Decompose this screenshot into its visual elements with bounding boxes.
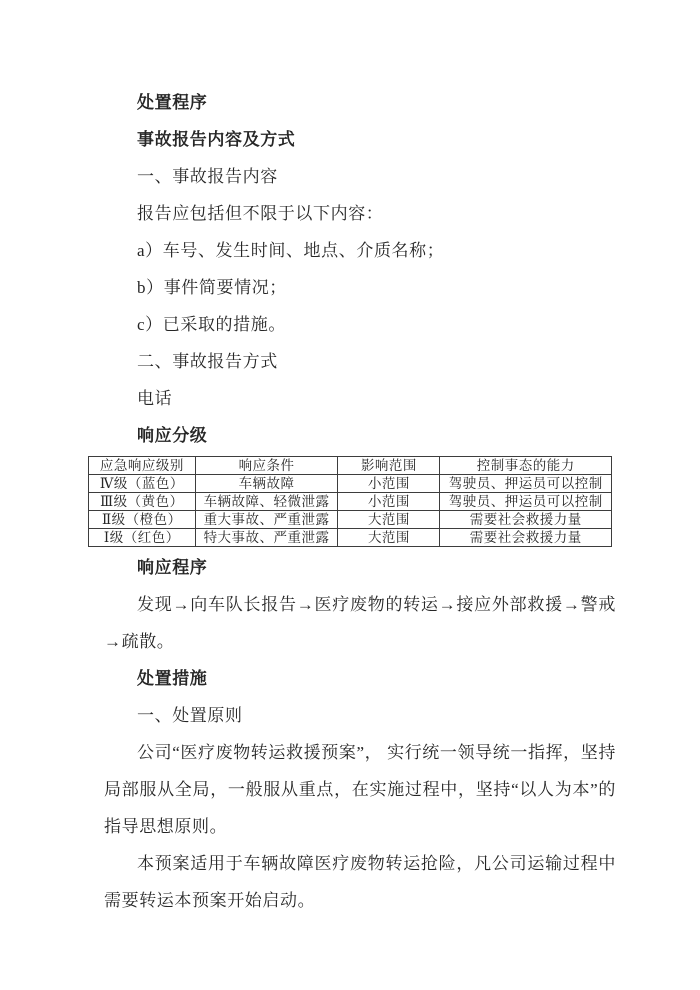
heading-response-levels: 响应分级	[104, 417, 616, 454]
heading-disposal-procedure: 处置程序	[104, 84, 616, 121]
list-item-c: c）已采取的措施。	[104, 306, 616, 343]
paragraph-report-content-title: 一、事故报告内容	[104, 158, 616, 195]
table-cell: 特大事故、严重泄露	[195, 529, 338, 547]
table-cell: Ⅰ级（红色）	[89, 529, 196, 547]
table-cell: 重大事故、严重泄露	[195, 511, 338, 529]
table-cell: 大范围	[338, 511, 440, 529]
table-cell: 驾驶员、押运员可以控制	[440, 475, 612, 493]
table-header-cell: 控制事态的能力	[440, 457, 612, 475]
table-header-cell: 响应条件	[195, 457, 338, 475]
list-item-a: a）车号、发生时间、地点、介质名称；	[104, 232, 616, 269]
table-cell: Ⅳ级（蓝色）	[89, 475, 196, 493]
paragraph-report-intro: 报告应包括但不限于以下内容：	[104, 195, 616, 232]
table-cell: 车辆故障、轻微泄露	[195, 493, 338, 511]
table-header-row: 应急响应级别 响应条件 影响范围 控制事态的能力	[89, 457, 612, 475]
table-cell: 小范围	[338, 493, 440, 511]
paragraph-response-flow: 发现→向车队长报告→医疗废物的转运→接应外部救援→警戒→疏散。	[104, 586, 616, 660]
table-row: Ⅲ级（黄色） 车辆故障、轻微泄露 小范围 驾驶员、押运员可以控制	[89, 493, 612, 511]
document-page: 处置程序 事故报告内容及方式 一、事故报告内容 报告应包括但不限于以下内容： a…	[0, 0, 700, 990]
paragraph-report-method-title: 二、事故报告方式	[104, 343, 616, 380]
heading-disposal-measures: 处置措施	[104, 660, 616, 697]
paragraph-principle-body: 公司“医疗废物转运救援预案”， 实行统一领导统一指挥，坚持局部服从全局，一般服从…	[104, 734, 616, 845]
table-cell: 车辆故障	[195, 475, 338, 493]
table-cell: Ⅱ级（橙色）	[89, 511, 196, 529]
paragraph-applicability: 本预案适用于车辆故障医疗废物转运抢险，凡公司运输过程中需要转运本预案开始启动。	[104, 845, 616, 919]
list-item-b: b）事件简要情况；	[104, 269, 616, 306]
table-header-cell: 影响范围	[338, 457, 440, 475]
table-header-cell: 应急响应级别	[89, 457, 196, 475]
response-level-table: 应急响应级别 响应条件 影响范围 控制事态的能力 Ⅳ级（蓝色） 车辆故障 小范围…	[88, 456, 612, 547]
table-row: Ⅳ级（蓝色） 车辆故障 小范围 驾驶员、押运员可以控制	[89, 475, 612, 493]
table-cell: 小范围	[338, 475, 440, 493]
table-cell: 驾驶员、押运员可以控制	[440, 493, 612, 511]
heading-accident-report: 事故报告内容及方式	[104, 121, 616, 158]
table-cell: 需要社会救援力量	[440, 511, 612, 529]
heading-response-procedure: 响应程序	[104, 549, 616, 586]
table-row: Ⅰ级（红色） 特大事故、严重泄露 大范围 需要社会救援力量	[89, 529, 612, 547]
paragraph-telephone: 电话	[104, 380, 616, 417]
table-cell: 需要社会救援力量	[440, 529, 612, 547]
table-row: Ⅱ级（橙色） 重大事故、严重泄露 大范围 需要社会救援力量	[89, 511, 612, 529]
paragraph-principle-title: 一、处置原则	[104, 697, 616, 734]
table-cell: Ⅲ级（黄色）	[89, 493, 196, 511]
table-cell: 大范围	[338, 529, 440, 547]
